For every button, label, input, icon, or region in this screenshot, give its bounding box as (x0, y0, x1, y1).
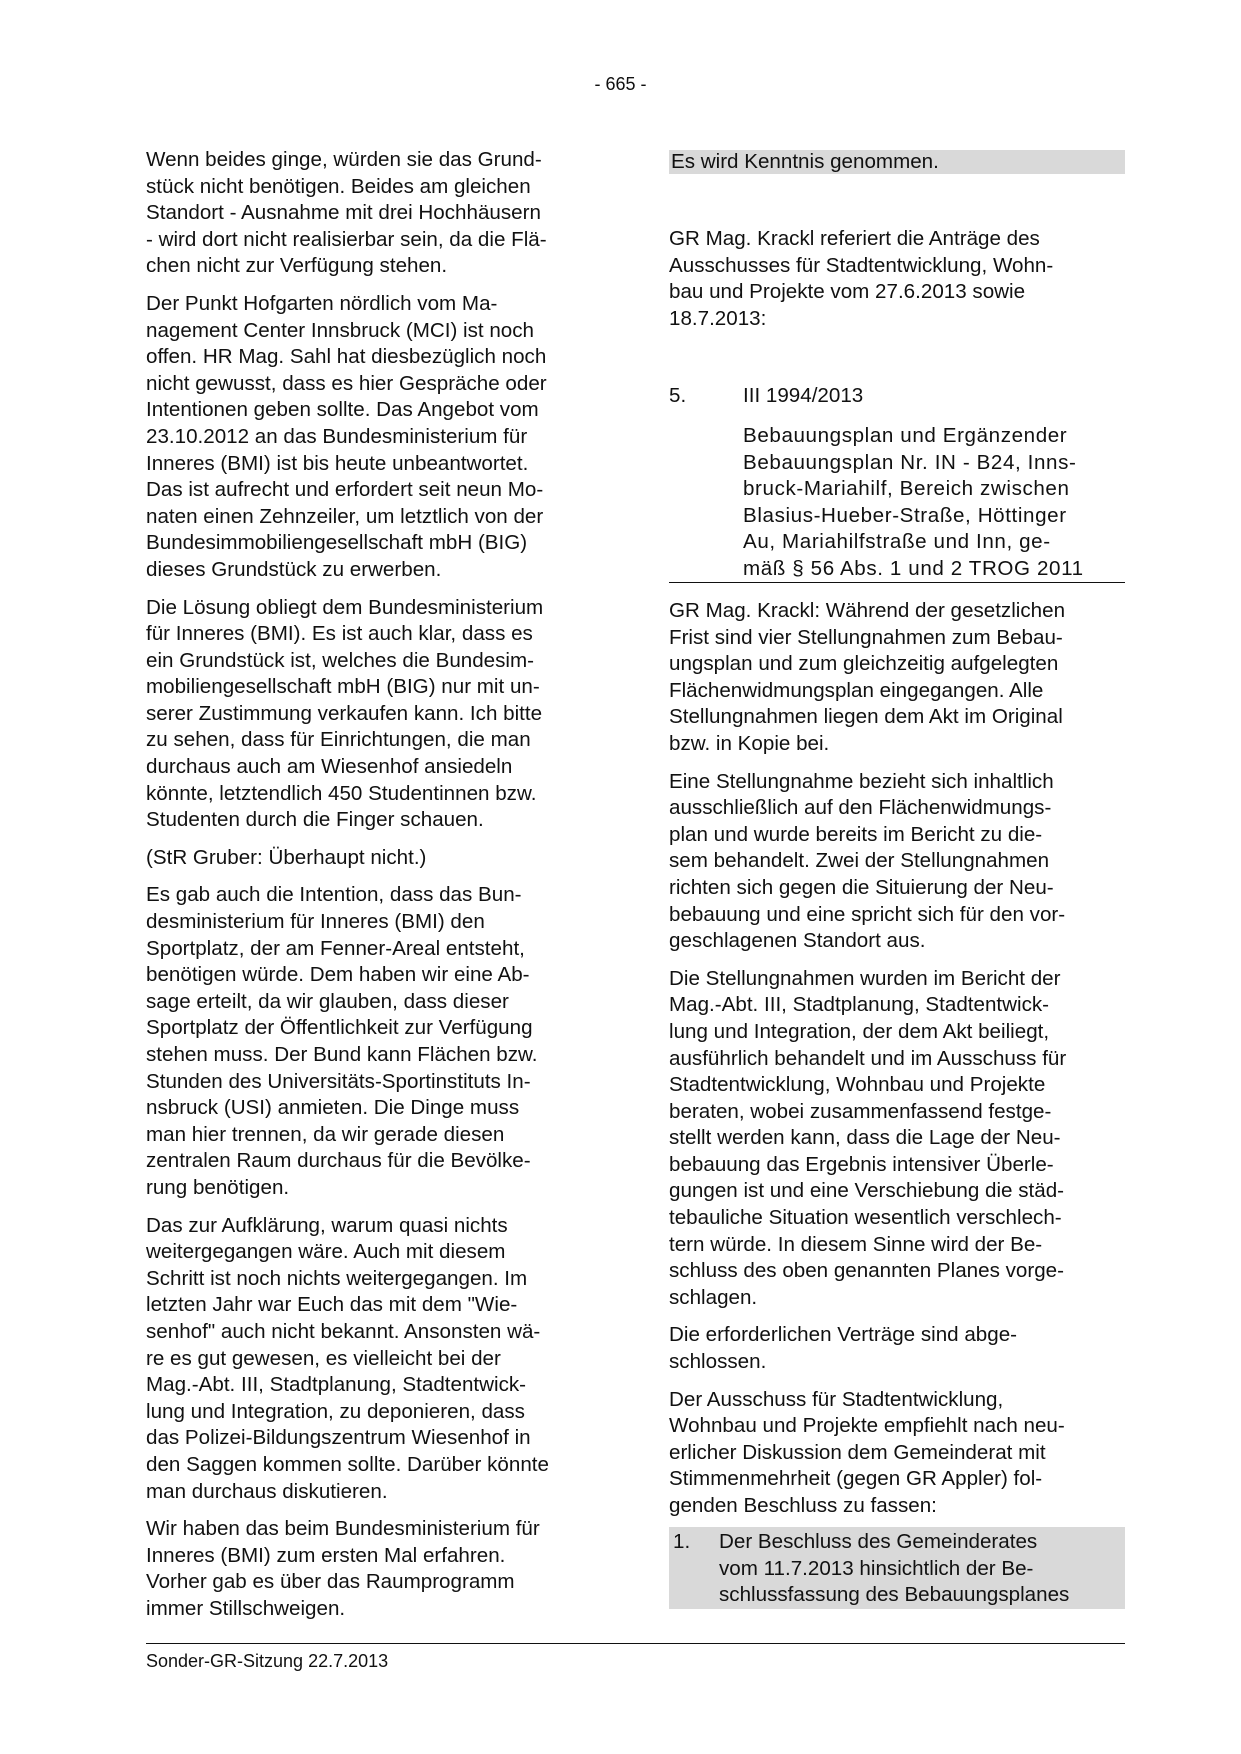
paragraph: Das zur Aufklärung, warum quasi nichts w… (146, 1213, 606, 1506)
agenda-item-number: 5. (669, 383, 686, 410)
agenda-item-title: Bebauungsplan und Ergänzender Bebauungsp… (743, 423, 1125, 583)
interjection: (StR Gruber: Überhaupt nicht.) (146, 845, 606, 872)
paragraph: Der Punkt Hofgarten nördlich vom Ma- nag… (146, 291, 606, 584)
left-column: Wenn beides ginge, würden sie das Grund-… (146, 147, 606, 1633)
paragraph: Die Lösung obliegt dem Bundesministerium… (146, 595, 606, 834)
divider (669, 582, 1125, 583)
agenda-item-reference: III 1994/2013 (743, 383, 863, 410)
footer-divider (146, 1643, 1125, 1644)
paragraph: GR Mag. Krackl: Während der gesetzlichen… (669, 598, 1125, 758)
paragraph: Wenn beides ginge, würden sie das Grund-… (146, 147, 606, 280)
resolution-number: 1. (673, 1529, 690, 1556)
page-number: - 665 - (0, 74, 1241, 95)
right-column-body: GR Mag. Krackl: Während der gesetzlichen… (669, 598, 1125, 1531)
intro-paragraph: GR Mag. Krackl referiert die Anträge des… (669, 226, 1125, 332)
resolution-text: Der Beschluss des Gemeinderates vom 11.7… (719, 1529, 1119, 1609)
paragraph: Es gab auch die Intention, dass das Bun-… (146, 882, 606, 1201)
noted-statement: Es wird Kenntnis genommen. (669, 150, 1125, 174)
paragraph: Wir haben das beim Bundesministerium für… (146, 1516, 606, 1622)
paragraph: Die erforderlichen Verträge sind abge- s… (669, 1322, 1125, 1375)
paragraph: Die Stellungnahmen wurden im Bericht der… (669, 966, 1125, 1312)
resolution-item: 1. Der Beschluss des Gemeinderates vom 1… (669, 1527, 1125, 1609)
paragraph: Der Ausschuss für Stadtentwicklung, Wohn… (669, 1387, 1125, 1520)
paragraph: Eine Stellungnahme bezieht sich inhaltli… (669, 769, 1125, 955)
footer-text: Sonder-GR-Sitzung 22.7.2013 (146, 1651, 388, 1672)
